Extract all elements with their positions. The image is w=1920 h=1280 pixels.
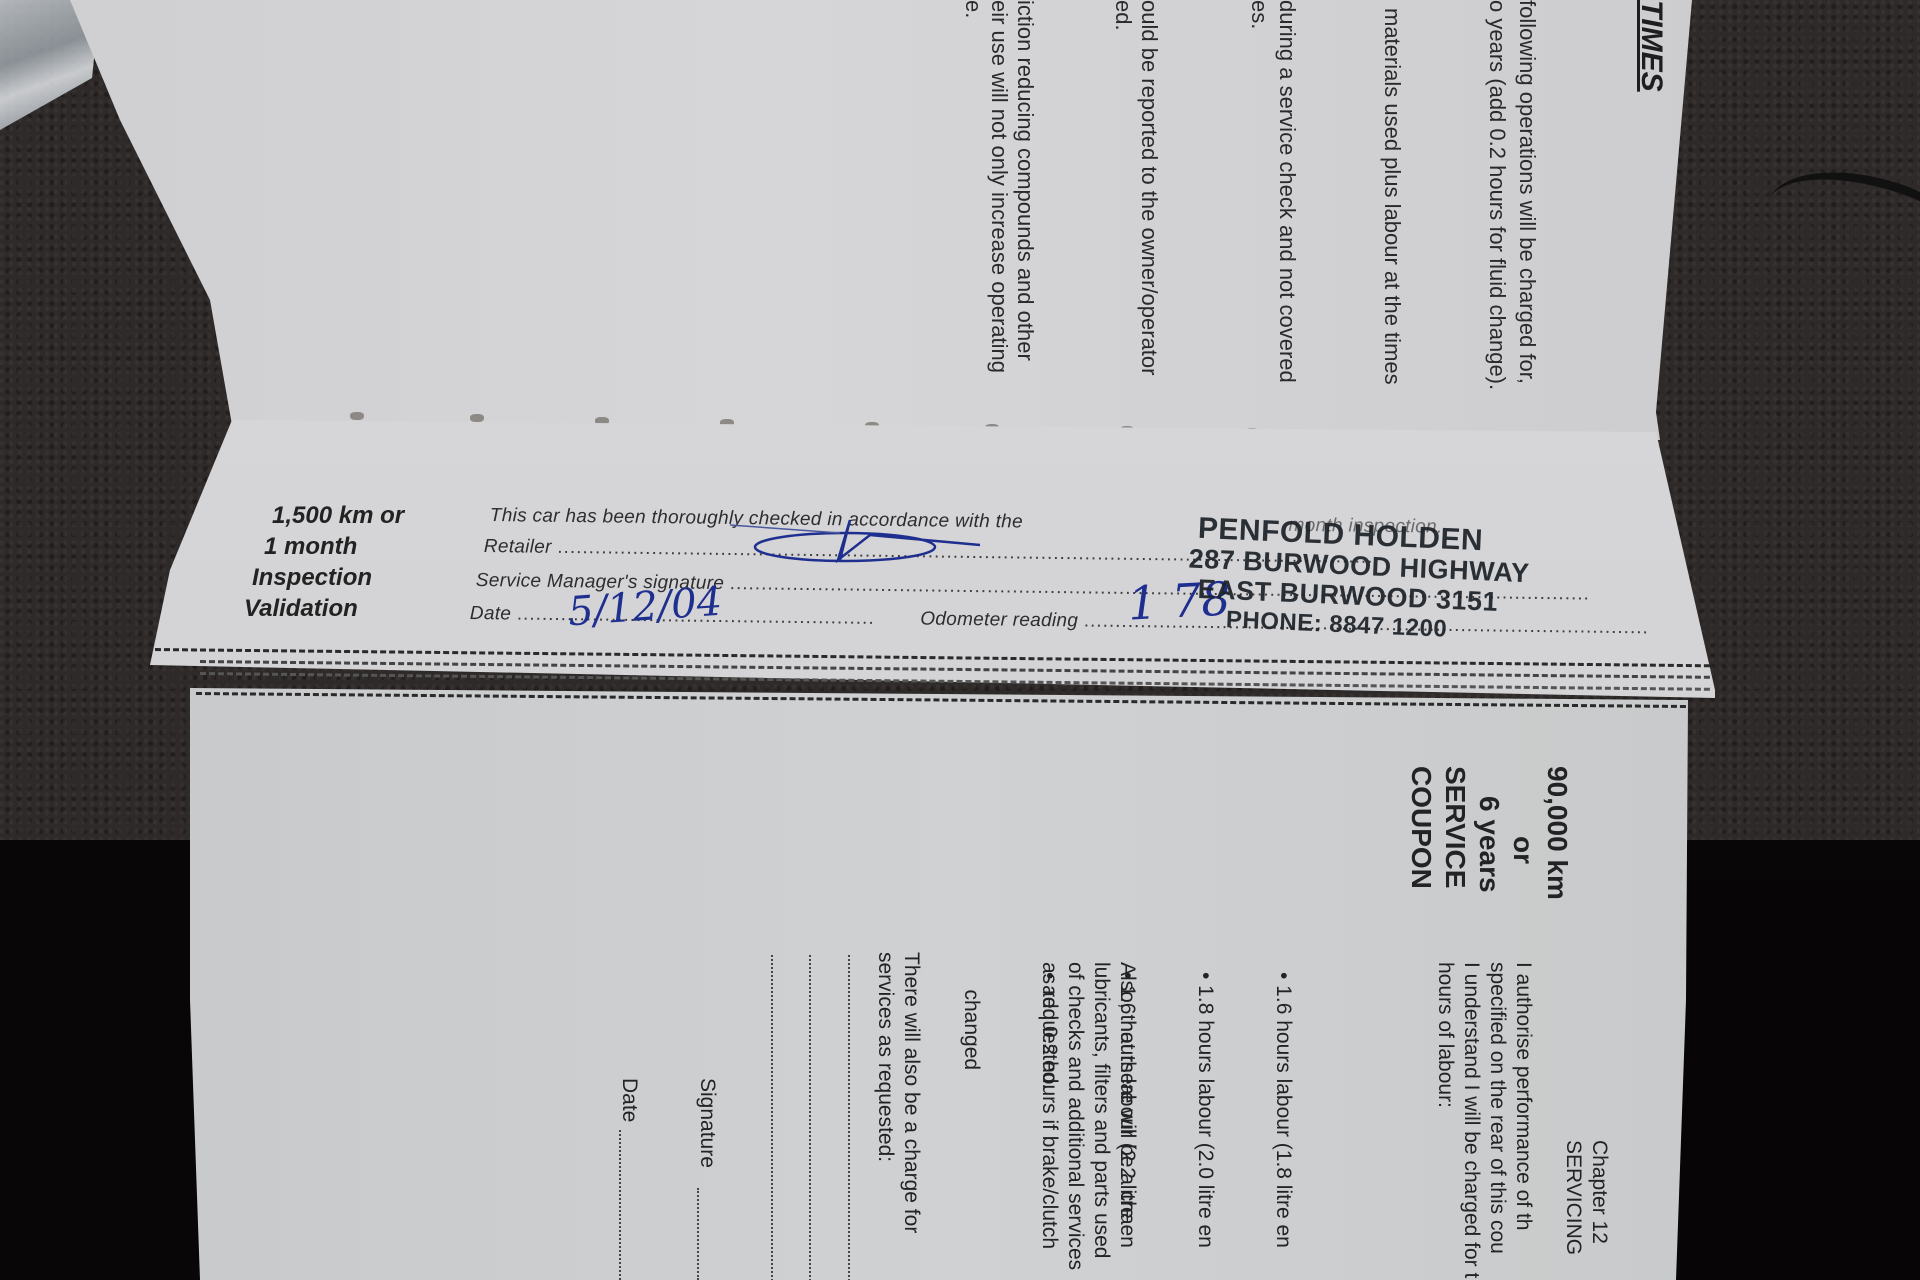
odometer-label: Odometer reading bbox=[920, 609, 1078, 632]
heading-line: SERVICE bbox=[1438, 766, 1472, 900]
signature-label: Signature bbox=[694, 1078, 720, 1168]
charge-line: There will also be a charge for bbox=[898, 952, 924, 1233]
top-page-line: o years (add 0.2 hours for fluid change)… bbox=[1484, 0, 1510, 390]
authorise-paragraph: I authorise performance of th specified … bbox=[1432, 962, 1536, 1278]
top-page bbox=[0, 0, 1920, 440]
coupon-title-line: 1 month bbox=[250, 531, 404, 562]
dark-shadow-area-right bbox=[1680, 880, 1920, 1280]
labour-bullets: • 1.6 hours labour (1.8 litre en • 1.8 h… bbox=[932, 972, 1348, 1249]
retailer-stamp: PENFOLD HOLDEN 287 BURWOOD HIGHWAY EAST … bbox=[1146, 512, 1532, 649]
also-line: of checks and additional services bbox=[1062, 962, 1088, 1270]
bullet-item: changed bbox=[958, 972, 984, 1249]
chapter-section: SERVICING bbox=[1560, 1140, 1586, 1255]
top-page-line: es. bbox=[1246, 0, 1272, 29]
authorise-line: hours of labour: bbox=[1432, 962, 1458, 1278]
service-coupon-heading: 90,000 km or 6 years SERVICE COUPON bbox=[1404, 766, 1574, 900]
staple-nick bbox=[350, 412, 364, 420]
bottom-date-label: Date bbox=[616, 1078, 642, 1122]
coupon-title: 1,500 km or 1 month Inspection Validatio… bbox=[250, 500, 404, 624]
bullet-item: • 1.6 hours labour (1.8 litre en bbox=[1270, 972, 1296, 1249]
bottom-date-dotted-line bbox=[619, 1130, 621, 1280]
bullet-item: • 1.8 hours labour (2.0 litre en bbox=[1192, 972, 1218, 1249]
chapter-label: Chapter 12 SERVICING bbox=[1560, 1140, 1612, 1255]
signature-field[interactable]: Signature bbox=[694, 1078, 720, 1168]
top-page-line: materials used plus labour at the times bbox=[1379, 8, 1405, 385]
top-page-line: following operations will be charged for… bbox=[1514, 0, 1540, 384]
services-line[interactable] bbox=[771, 955, 773, 1280]
heading-line: COUPON bbox=[1404, 766, 1438, 900]
chapter-number: Chapter 12 bbox=[1586, 1140, 1612, 1255]
retailer-label: Retailer bbox=[484, 536, 552, 558]
authorise-line: specified on the rear of this cou bbox=[1484, 962, 1510, 1278]
retailer-signature bbox=[720, 515, 1000, 575]
services-line[interactable] bbox=[848, 955, 850, 1280]
bottom-date-field[interactable]: Date bbox=[616, 1078, 642, 1122]
also-line: as requested. bbox=[1036, 962, 1062, 1270]
authorise-line: I understand I will be charged for t bbox=[1458, 962, 1484, 1278]
date-label: Date bbox=[470, 603, 512, 625]
top-page-line: iction reducing compounds and other bbox=[1012, 0, 1038, 361]
top-page-line: eir use will not only increase operating bbox=[986, 0, 1012, 373]
top-page-heading: TIMES bbox=[1634, 0, 1668, 92]
authorise-line: I authorise performance of th bbox=[1510, 962, 1536, 1278]
charge-paragraph: There will also be a charge for services… bbox=[872, 952, 924, 1233]
services-line[interactable] bbox=[809, 955, 811, 1280]
heading-line: 90,000 km bbox=[1540, 766, 1574, 900]
top-page-line: ed. bbox=[1110, 0, 1136, 31]
signature-dotted-line bbox=[697, 1188, 699, 1280]
heading-line: or bbox=[1506, 766, 1540, 900]
coupon-title-line: Inspection bbox=[250, 562, 404, 593]
also-line: Also, that there will be a cha bbox=[1114, 962, 1140, 1270]
staple-nick bbox=[470, 414, 484, 422]
coupon-title-line: Validation bbox=[244, 593, 404, 624]
also-line: lubricants, filters and parts used bbox=[1088, 962, 1114, 1270]
top-page-line: e. bbox=[960, 0, 986, 18]
coupon-title-line: 1,500 km or bbox=[250, 500, 404, 531]
top-page-line: ould be reported to the owner/operator bbox=[1136, 0, 1162, 375]
heading-line: 6 years bbox=[1472, 766, 1506, 900]
also-paragraph: Also, that there will be a cha lubricant… bbox=[1036, 962, 1140, 1270]
charge-line: services as requested: bbox=[872, 952, 898, 1233]
top-page-line: during a service check and not covered bbox=[1274, 0, 1300, 383]
